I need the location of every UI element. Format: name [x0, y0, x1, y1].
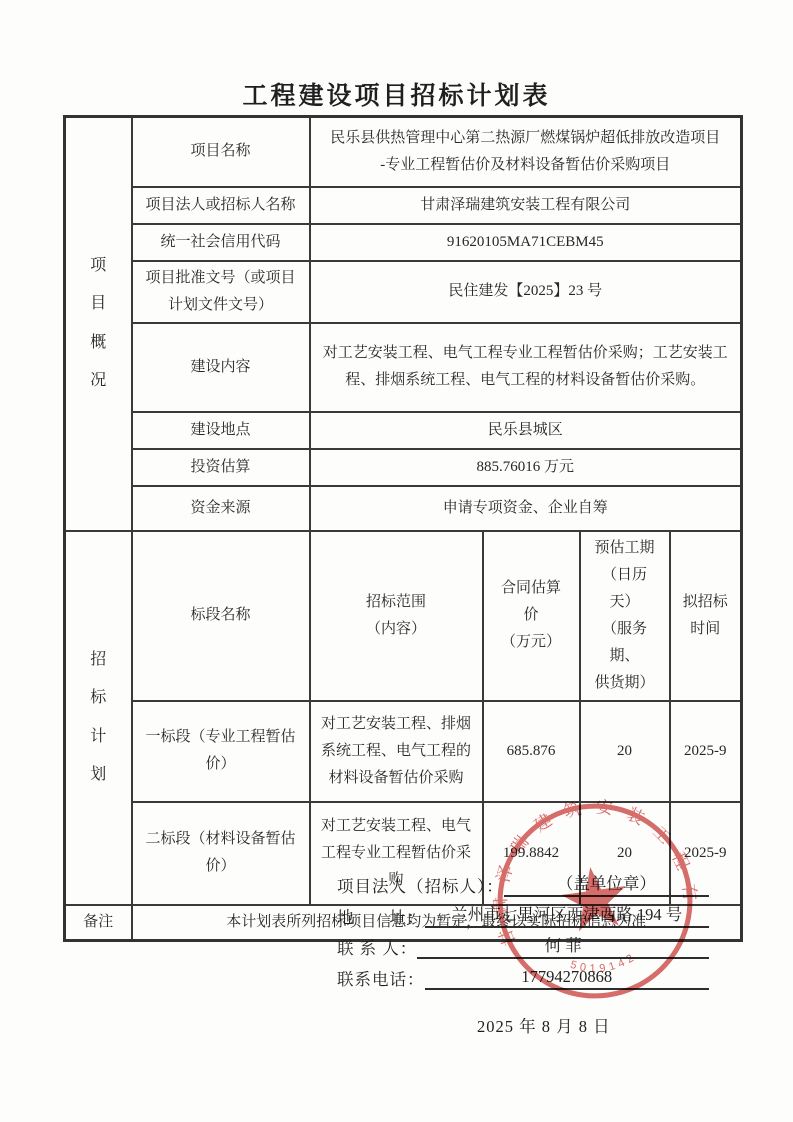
project-name-label: 项目名称	[132, 117, 310, 187]
credit-code-value: 91620105MA71CEBM45	[310, 224, 742, 261]
section-plan-text: 招标计划	[89, 641, 107, 795]
section-overview-text: 项目概况	[89, 247, 107, 401]
section-plan-label: 招标计划	[65, 531, 132, 905]
bid1-time: 2025-9	[670, 701, 742, 802]
bid1-scope: 对工艺安装工程、排烟系统工程、电气工程的材料设备暂估价采购	[310, 701, 483, 802]
bid1-duration: 20	[580, 701, 670, 802]
table-row: 建设内容 对工艺安装工程、电气工程专业工程暂估价采购；工艺安装工程、排烟系统工程…	[65, 323, 742, 412]
construction-content-label: 建设内容	[132, 323, 310, 412]
contact-label: 联 系 人：	[337, 935, 417, 959]
address-line: 地 址： 兰州市七里河区西津西路 194 号	[337, 904, 709, 928]
project-name-value: 民乐县供热管理中心第二热源厂燃煤锅炉超低排放改造项目 -专业工程暂估价及材料设备…	[310, 117, 742, 187]
document-date: 2025 年 8 月 8 日	[477, 1013, 611, 1037]
construction-content-value: 对工艺安装工程、电气工程专业工程暂估价采购；工艺安装工程、排烟系统工程、电气工程…	[310, 323, 742, 412]
bidding-plan-table: 项目概况 项目名称 民乐县供热管理中心第二热源厂燃煤锅炉超低排放改造项目 -专业…	[63, 115, 743, 942]
signature-block: 项目法人（招标人）： （盖单位章） 地 址： 兰州市七里河区西津西路 194 号…	[337, 873, 709, 997]
bid2-name: 二标段（材料设备暂估 价）	[132, 802, 310, 905]
investment-label: 投资估算	[132, 449, 310, 486]
table-row: 投资估算 885.76016 万元	[65, 449, 742, 486]
contact-value: 何 菲	[417, 936, 709, 959]
phone-value: 17794270868	[425, 967, 710, 990]
address-value: 兰州市七里河区西津西路 194 号	[425, 905, 710, 928]
plan-header-scope: 招标范围 （内容）	[310, 531, 483, 701]
plan-header-name: 标段名称	[132, 531, 310, 701]
location-label: 建设地点	[132, 412, 310, 449]
plan-header-time: 拟招标 时间	[670, 531, 742, 701]
funding-value: 申请专项资金、企业自筹	[310, 486, 742, 531]
phone-label: 联系电话：	[337, 966, 425, 990]
document-title: 工程建设项目招标计划表	[0, 76, 793, 112]
legal-person-label: 项目法人或招标人名称	[132, 187, 310, 224]
bid1-name: 一标段（专业工程暂估 价）	[132, 701, 310, 802]
legal-person-line: 项目法人（招标人）： （盖单位章）	[337, 873, 709, 897]
address-label: 地 址：	[337, 904, 425, 928]
table-row: 资金来源 申请专项资金、企业自筹	[65, 486, 742, 531]
approval-doc-value: 民住建发【2025】23 号	[310, 261, 742, 323]
table-row: 建设地点 民乐县城区	[65, 412, 742, 449]
legal-person-sign-label: 项目法人（招标人）：	[337, 873, 504, 897]
location-value: 民乐县城区	[310, 412, 742, 449]
funding-label: 资金来源	[132, 486, 310, 531]
investment-value: 885.76016 万元	[310, 449, 742, 486]
contact-line: 联 系 人： 何 菲	[337, 935, 709, 959]
section-overview-label: 项目概况	[65, 117, 132, 531]
table-row: 项目概况 项目名称 民乐县供热管理中心第二热源厂燃煤锅炉超低排放改造项目 -专业…	[65, 117, 742, 187]
bid1-price: 685.876	[483, 701, 580, 802]
legal-person-value: 甘肃泽瑞建筑安装工程有限公司	[310, 187, 742, 224]
plan-header-price: 合同估算 价 （万元）	[483, 531, 580, 701]
plan-header-duration: 预估工期 （日历天） （服务期、 供货期）	[580, 531, 670, 701]
credit-code-label: 统一社会信用代码	[132, 224, 310, 261]
table-row: 项目批准文号（或项目 计划文件文号） 民住建发【2025】23 号	[65, 261, 742, 323]
table-row: 一标段（专业工程暂估 价） 对工艺安装工程、排烟系统工程、电气工程的材料设备暂估…	[65, 701, 742, 802]
document-page: 工程建设项目招标计划表 项目概况 项目名称 民乐县供热管理中心第二热源厂燃煤锅炉…	[0, 0, 793, 1122]
table-row: 统一社会信用代码 91620105MA71CEBM45	[65, 224, 742, 261]
approval-doc-label: 项目批准文号（或项目 计划文件文号）	[132, 261, 310, 323]
legal-person-sign-value: （盖单位章）	[504, 874, 709, 897]
table-row: 招标计划 标段名称 招标范围 （内容） 合同估算 价 （万元） 预估工期 （日历…	[65, 531, 742, 701]
phone-line: 联系电话： 17794270868	[337, 966, 709, 990]
table-row: 项目法人或招标人名称 甘肃泽瑞建筑安装工程有限公司	[65, 187, 742, 224]
remark-label: 备注	[65, 905, 132, 941]
